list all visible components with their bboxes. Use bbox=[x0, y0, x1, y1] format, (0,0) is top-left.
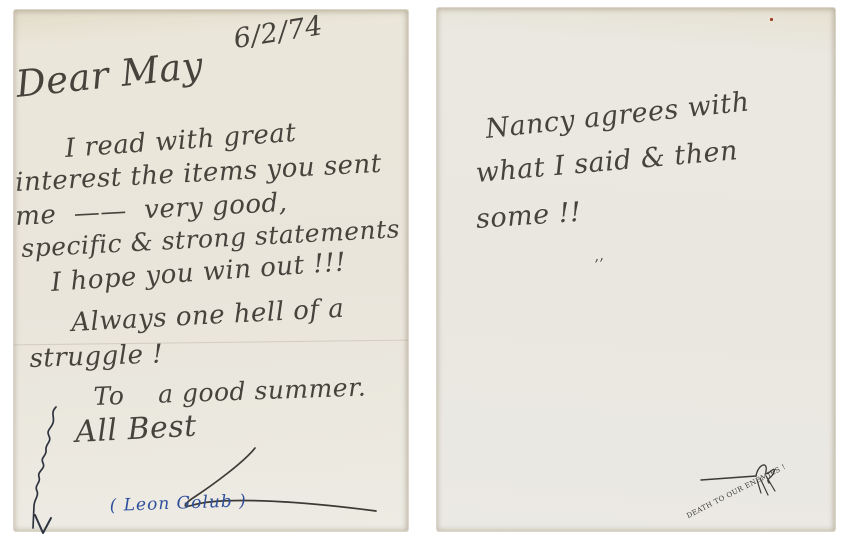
letter-page-2: Nancy agrees with what I said & then som… bbox=[437, 8, 835, 531]
handwritten-line: what I said & then bbox=[475, 137, 739, 187]
letter-salutation: Dear May bbox=[14, 47, 205, 103]
letter-scan: 6/2/74 Dear May I read with great intere… bbox=[0, 0, 850, 542]
letter-date: 6/2/74 bbox=[232, 12, 325, 53]
ditto-marks: ‚‚ bbox=[593, 248, 605, 264]
handwritten-line: some !! bbox=[475, 199, 582, 233]
spear-figure-doodle-icon bbox=[699, 453, 791, 505]
letter-page-1: 6/2/74 Dear May I read with great intere… bbox=[14, 10, 408, 531]
signature-name-label: ( Leon Golub ) bbox=[109, 493, 247, 515]
handwritten-line: struggle ! bbox=[29, 341, 163, 372]
red-speck bbox=[770, 18, 773, 21]
handwritten-line: To a good summer. bbox=[93, 374, 366, 409]
handwritten-line: Nancy agrees with bbox=[484, 88, 751, 143]
down-arrow-doodle-icon bbox=[32, 405, 74, 537]
handwritten-line: Always one hell of a bbox=[71, 296, 345, 336]
